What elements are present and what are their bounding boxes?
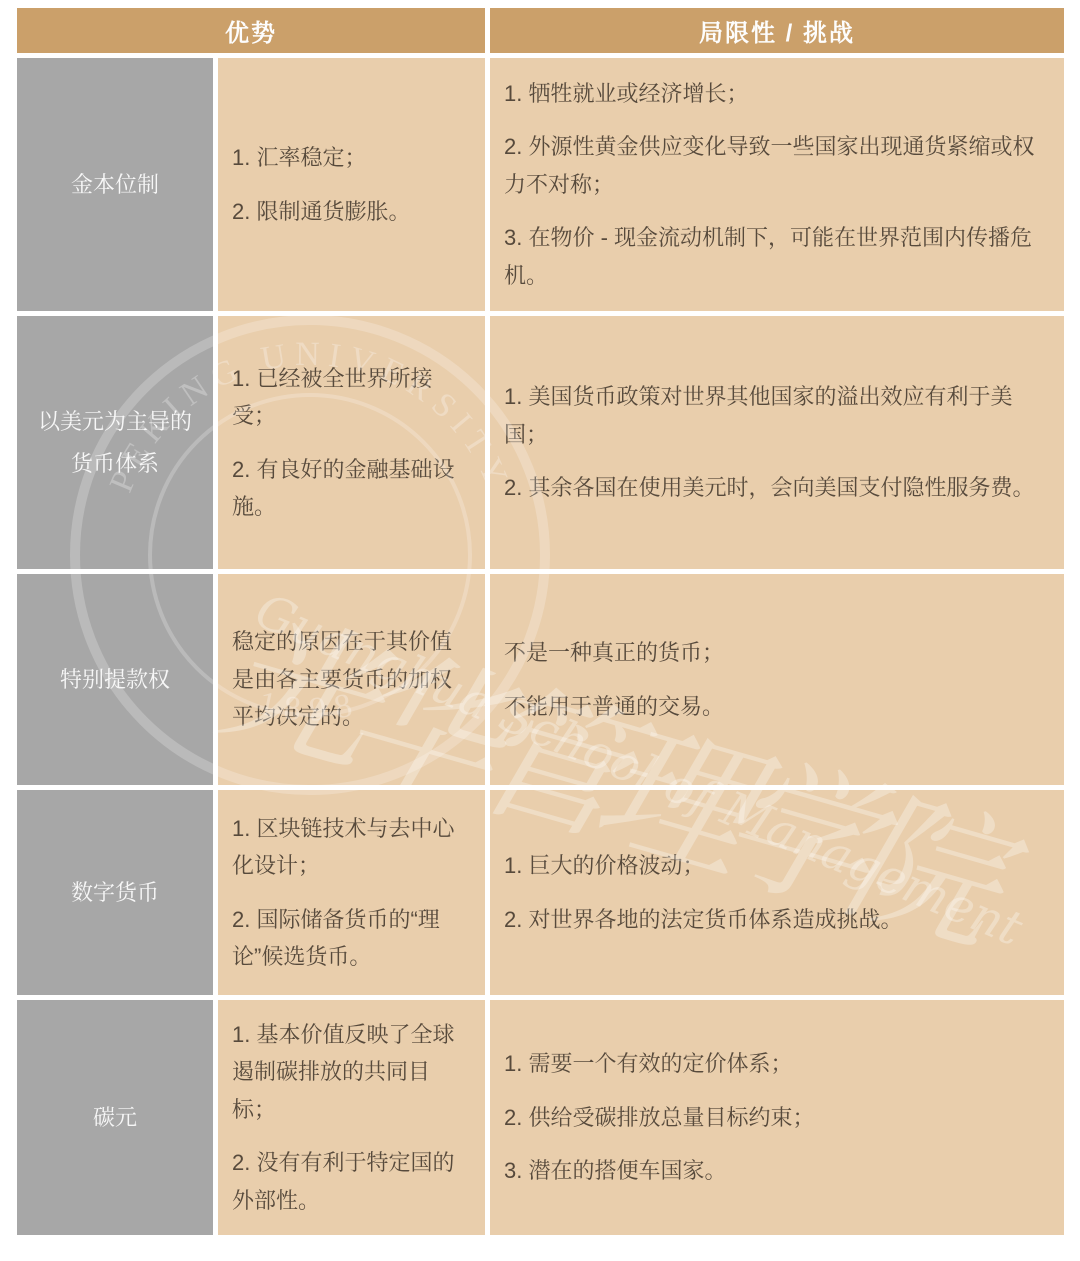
advantages-cell: 1. 汇率稳定；2. 限制通货膨胀。 <box>218 58 485 311</box>
advantage-item: 1. 汇率稳定； <box>232 139 469 176</box>
limitation-item: 2. 其余各国在使用美元时，会向美国支付隐性服务费。 <box>504 469 1048 506</box>
row-label: 特别提款权 <box>17 574 213 785</box>
limitation-item: 不是一种真正的货币； <box>504 634 1048 671</box>
limitation-item: 不能用于普通的交易。 <box>504 688 1048 725</box>
advantage-item: 稳定的原因在于其价值是由各主要货币的加权平均决定的。 <box>232 623 469 735</box>
row-label: 碳元 <box>17 1000 213 1235</box>
limitations-cell: 1. 巨大的价格波动；2. 对世界各地的法定货币体系造成挑战。 <box>490 790 1064 995</box>
comparison-table: 优势 局限性 / 挑战 金本位制 1. 汇率稳定；2. 限制通货膨胀。 1. 牺… <box>17 8 1064 1235</box>
limitation-item: 2. 供给受碳排放总量目标约束； <box>504 1099 1048 1136</box>
advantages-cell: 1. 已经被全世界所接受；2. 有良好的金融基础设施。 <box>218 316 485 569</box>
row-label: 数字货币 <box>17 790 213 995</box>
limitations-cell: 不是一种真正的货币；不能用于普通的交易。 <box>490 574 1064 785</box>
limitations-cell: 1. 需要一个有效的定价体系；2. 供给受碳排放总量目标约束；3. 潜在的搭便车… <box>490 1000 1064 1235</box>
limitations-cell: 1. 美国货币政策对世界其他国家的溢出效应有利于美国；2. 其余各国在使用美元时… <box>490 316 1064 569</box>
advantage-item: 2. 没有有利于特定国的外部性。 <box>232 1144 469 1219</box>
limitations-cell: 1. 牺牲就业或经济增长；2. 外源性黄金供应变化导致一些国家出现通货紧缩或权力… <box>490 58 1064 311</box>
advantage-item: 1. 基本价值反映了全球遏制碳排放的共同目标； <box>232 1016 469 1128</box>
header-advantages: 优势 <box>17 8 485 53</box>
limitation-item: 1. 需要一个有效的定价体系； <box>504 1045 1048 1082</box>
header-limitations: 局限性 / 挑战 <box>490 8 1064 53</box>
limitation-item: 2. 对世界各地的法定货币体系造成挑战。 <box>504 901 1048 938</box>
row-label: 金本位制 <box>17 58 213 311</box>
advantage-item: 2. 国际储备货币的“理论”候选货币。 <box>232 901 469 976</box>
advantages-cell: 1. 区块链技术与去中心化设计；2. 国际储备货币的“理论”候选货币。 <box>218 790 485 995</box>
limitation-item: 1. 牺牲就业或经济增长； <box>504 75 1048 112</box>
limitation-item: 1. 巨大的价格波动； <box>504 847 1048 884</box>
advantages-cell: 1. 基本价值反映了全球遏制碳排放的共同目标；2. 没有有利于特定国的外部性。 <box>218 1000 485 1235</box>
row-label: 以美元为主导的货币体系 <box>17 316 213 569</box>
advantage-item: 1. 已经被全世界所接受； <box>232 360 469 435</box>
limitation-item: 1. 美国货币政策对世界其他国家的溢出效应有利于美国； <box>504 378 1048 453</box>
limitation-item: 3. 潜在的搭便车国家。 <box>504 1152 1048 1189</box>
comparison-page: 优势 局限性 / 挑战 金本位制 1. 汇率稳定；2. 限制通货膨胀。 1. 牺… <box>0 0 1080 1261</box>
advantages-cell: 稳定的原因在于其价值是由各主要货币的加权平均决定的。 <box>218 574 485 785</box>
advantage-item: 2. 限制通货膨胀。 <box>232 193 469 230</box>
advantage-item: 2. 有良好的金融基础设施。 <box>232 451 469 526</box>
limitation-item: 3. 在物价 - 现金流动机制下，可能在世界范围内传播危机。 <box>504 219 1048 294</box>
advantage-item: 1. 区块链技术与去中心化设计； <box>232 810 469 885</box>
limitation-item: 2. 外源性黄金供应变化导致一些国家出现通货紧缩或权力不对称； <box>504 128 1048 203</box>
